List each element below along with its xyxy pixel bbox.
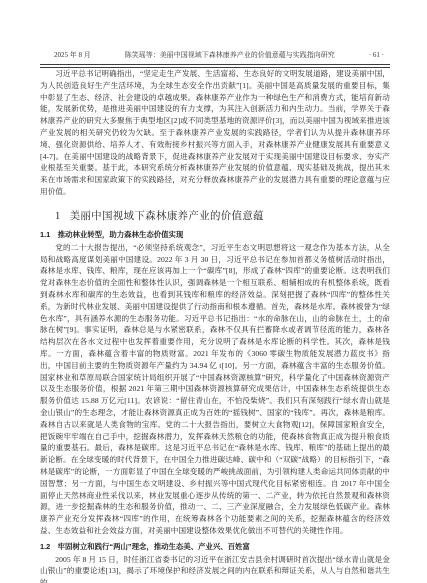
page-header: 2025 年 8 月 陈笑瑶等：美丽中国视域下森林康养产业的价值意蕴与实践指向研… (40, 51, 390, 60)
header-date: 2025 年 8 月 (40, 51, 91, 60)
subsection-1-2-body: 2005 年 8 月 15 日，时任浙江省委书记的习近平在浙江安吉县余村调研时首… (40, 554, 390, 583)
subsection-1-1-title: 1.1 推动林业转型，助力森林生态价值实现 (40, 229, 390, 240)
subsection-1-2-title: 1.2 牢固树立和践行“两山”理念，推动生态美、产业兴、百姓富 (40, 541, 390, 552)
section-1-title-text: 美丽中国视域下森林康养产业的价值意蕴 (70, 211, 264, 222)
header-running-title: 陈笑瑶等：美丽中国视域下森林康养产业的价值意蕴与实践指向研究 (91, 51, 369, 60)
section-1-number: 1 (55, 211, 61, 222)
header-page-number: · 61 · (369, 51, 390, 60)
section-1-title: 1美丽中国视域下森林康养产业的价值意蕴 (40, 208, 390, 223)
journal-page: 2025 年 8 月 陈笑瑶等：美丽中国视域下森林康养产业的价值意蕴与实践指向研… (0, 0, 427, 583)
subsection-1-1-body: 党的二十大报告提出，“必须坚持系统观念”，习近平生态文明思想将这一观念作为基本方… (40, 242, 390, 537)
intro-paragraph: 习近平总书记明确指出，“坚定走生产发展、生活富裕、生态良好的文明发展道路，建设美… (40, 68, 390, 198)
